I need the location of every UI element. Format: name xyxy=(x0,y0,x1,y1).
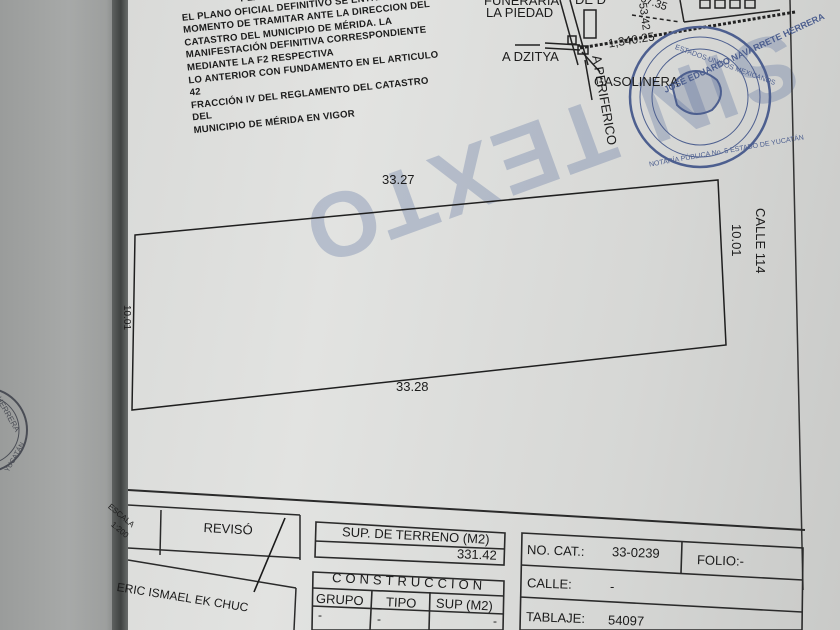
construccion-cell-sup: - xyxy=(493,614,497,628)
map-label-la-piedad: LA PIEDAD xyxy=(486,5,553,20)
construccion-header-sup: SUP (M2) xyxy=(436,596,494,614)
tablaje-value: 54097 xyxy=(608,612,645,628)
lot-west-dimension: 10.01 xyxy=(121,305,132,330)
folio-label: FOLIO:- xyxy=(697,552,744,569)
lot-north-dimension: 33.27 xyxy=(382,172,415,187)
no-cat-value: 33-0239 xyxy=(612,544,660,561)
construccion-cell-grupo: - xyxy=(318,608,322,622)
no-cat-label: NO. CAT.: xyxy=(527,542,585,559)
construccion-header-tipo: TIPO xyxy=(386,594,417,611)
calle-value: - xyxy=(610,579,614,594)
lot-east-dimension: 10.01 xyxy=(729,224,744,257)
lot-polygon xyxy=(132,180,726,410)
construccion-header-grupo: GRUPO xyxy=(316,591,364,608)
calle-label: CALLE: xyxy=(527,575,572,592)
map-label-a-dzitya: A DZITYA xyxy=(502,49,559,64)
map-label-de: DE D xyxy=(575,0,606,7)
tablaje-label: TABLAJE: xyxy=(526,609,586,626)
lot-south-dimension: 33.28 xyxy=(396,379,429,394)
sup-terreno-value: 331.42 xyxy=(457,546,497,562)
street-name: CALLE 114 xyxy=(753,208,768,274)
construccion-cell-tipo: - xyxy=(377,612,381,626)
reviso-label: REVISÓ xyxy=(203,520,253,538)
